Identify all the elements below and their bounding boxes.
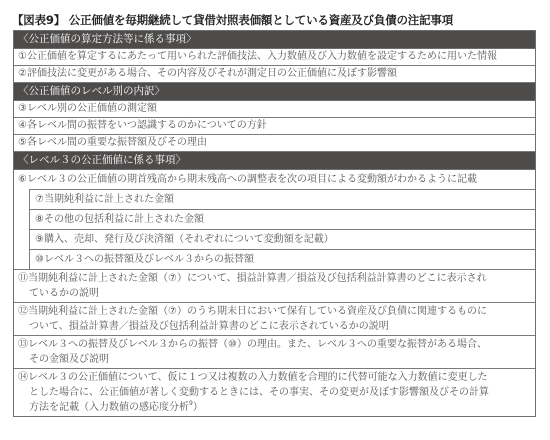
item-13: ⑬レベル３への振替及びレベル３からの振替（⑩）の理由。また、レベル３への重要な振… [14,336,535,369]
item-4: ④各レベル間の振替をいつ認識するのかについての方針 [14,118,535,135]
item-2: ②評価技法に変更がある場合、その内容及びそれが測定日の公正価値に及ぼす影響額 [14,66,535,83]
disclosure-table: 〈公正価値の算定方法等に係る事項〉 ①公正価値を算定するにあたって用いられた評価… [13,30,536,417]
item-3: ③レベル別の公正価値の測定額 [14,101,535,118]
item-14-line3: 方法を記載（入力数値の感応度分析9） [18,400,532,415]
item-14: ⑭レベル３の公正価値について、仮に１つ又は複数の入力数値を合理的に代替可能な入力… [14,369,535,416]
item-12-line1: ⑫当期純利益に計上された金額（⑦）のうち期末日において保有している資産及び負債に… [18,306,487,317]
item-6: ⑥レベル３の公正価値の期首残高から期末残高への調整表を次の項目による変動額がわか… [14,170,535,189]
item-5: ⑤各レベル間の重要な振替額及びその理由 [14,135,535,152]
section-header-valuation-method: 〈公正価値の算定方法等に係る事項〉 [14,31,535,49]
subitem-8: ⑧その他の包括利益に計上された金額 [29,210,535,230]
item-14-line2: とした場合に、公正価値が著しく変動するときには、その事実、その変更が及ぼす影響額… [18,385,532,400]
item-11-line2: ているかの説明 [18,286,532,301]
section-header-level3: 〈レベル３の公正価値に係る事項〉 [14,152,535,170]
subitems-box: ⑦当期純利益に計上された金額 ⑧その他の包括利益に計上された金額 ⑨購入、売却、… [14,189,535,270]
subitem-7: ⑦当期純利益に計上された金額 [29,189,535,210]
item-14-line3-end: ） [193,402,203,413]
item-13-line1: ⑬レベル３への振替及びレベル３からの振替（⑩）の理由。また、レベル３への重要な振… [18,339,487,350]
item-1: ①公正価値を算定するにあたって用いられた評価技法、入力数値及び入力数値を設定する… [14,49,535,66]
item-12: ⑫当期純利益に計上された金額（⑦）のうち期末日において保有している資産及び負債に… [14,303,535,336]
item-11: ⑪当期純利益に計上された金額（⑦）について、損益計算書／損益及び包括利益計算書の… [14,270,535,303]
subitem-9: ⑨購入、売却、発行及び決済額（それぞれについて変動額を記載） [29,230,535,250]
item-11-line1: ⑪当期純利益に計上された金額（⑦）について、損益計算書／損益及び包括利益計算書の… [18,273,487,284]
figure-title: 【図表9】 公正価値を毎期継続して貸借対照表価額としている資産及び負債の注記事項 [12,12,453,28]
subitem-10: ⑩レベル３への振替額及びレベル３からの振替額 [29,250,535,269]
item-14-line3-text: 方法を記載（入力数値の感応度分析 [29,402,189,413]
item-12-line2: ついて、損益計算書／損益及び包括利益計算書のどこに表示されているかの説明 [18,319,532,334]
section-header-level-breakdown: 〈公正価値のレベル別の内訳〉 [14,83,535,101]
item-13-line2: その金額及び説明 [18,352,532,367]
item-14-line1: ⑭レベル３の公正価値について、仮に１つ又は複数の入力数値を合理的に代替可能な入力… [18,372,488,383]
